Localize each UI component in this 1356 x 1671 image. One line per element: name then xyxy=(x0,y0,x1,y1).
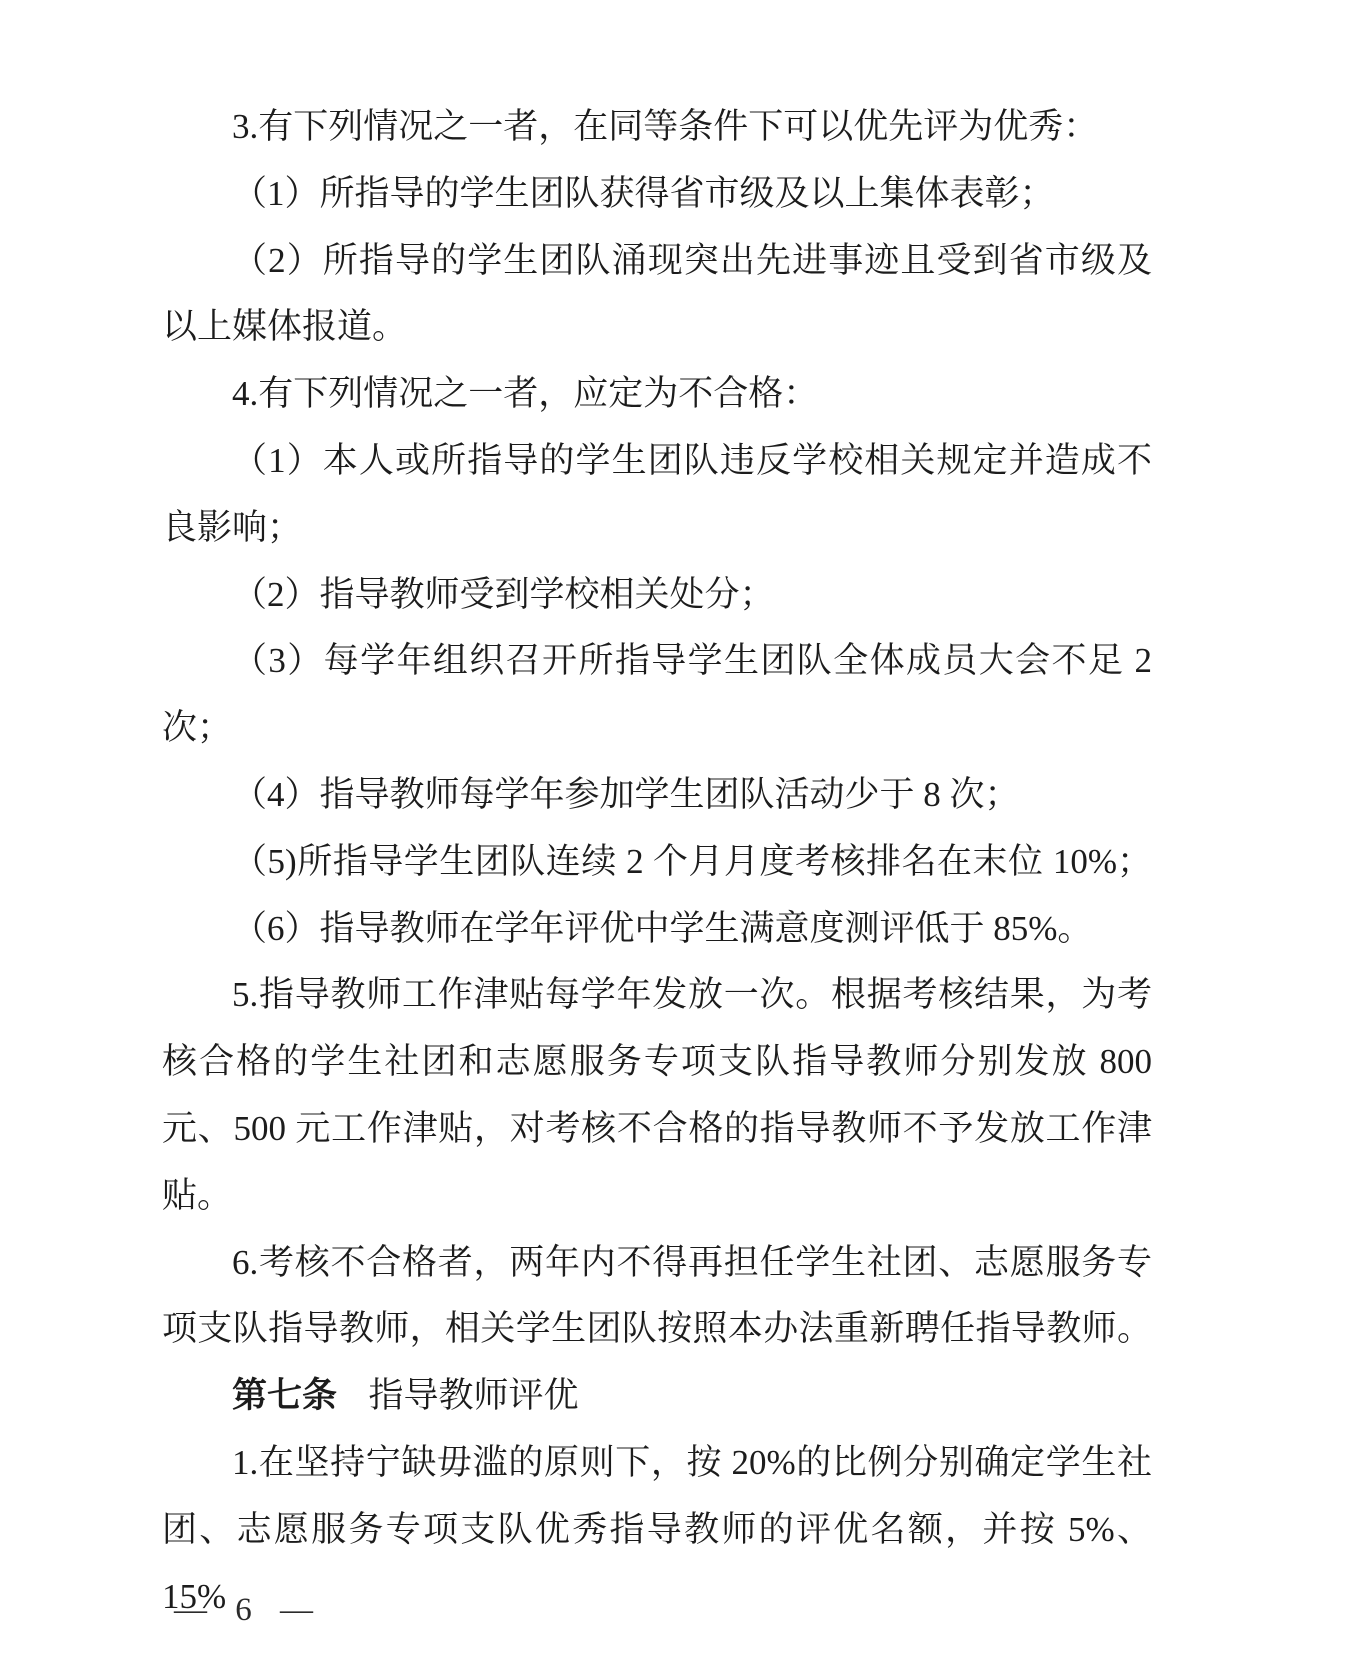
text-line: 核合格的学生社团和志愿服务专项支队指导教师分别发放 800 xyxy=(162,1029,1152,1096)
text-line: 元、500 元工作津贴，对考核不合格的指导教师不予发放工作津 xyxy=(162,1096,1152,1163)
scanned-document-page: { "document": { "page_number": "— 6 —", … xyxy=(0,0,1356,1671)
text-line: （2）所指导的学生团队涌现突出先进事迹且受到省市级及 xyxy=(162,228,1152,295)
clause-title: 指导教师评优 xyxy=(369,1376,579,1415)
text-line: （1）所指导的学生团队获得省市级及以上集体表彰； xyxy=(162,161,1152,228)
text-line: 1.在坚持宁缺毋滥的原则下，按 20%的比例分别确定学生社 xyxy=(162,1430,1152,1497)
text-line: （5)所指导学生团队连续 2 个月月度考核排名在末位 10%； xyxy=(162,829,1152,896)
text-line: （6）指导教师在学年评优中学生满意度测评低于 85%。 xyxy=(162,896,1152,963)
text-line: 第七条指导教师评优 xyxy=(162,1363,1152,1430)
text-line: 贴。 xyxy=(162,1163,1152,1230)
text-line: （3）每学年组织召开所指导学生团队全体成员大会不足 2 xyxy=(162,628,1152,695)
text-line: （1）本人或所指导的学生团队违反学校相关规定并造成不 xyxy=(162,428,1152,495)
text-line: （2）指导教师受到学校相关处分； xyxy=(162,562,1152,629)
text-line: （4）指导教师每学年参加学生团队活动少于 8 次； xyxy=(162,762,1152,829)
text-line: 5.指导教师工作津贴每学年发放一次。根据考核结果，为考 xyxy=(162,962,1152,1029)
text-line: 良影响； xyxy=(162,495,1152,562)
text-line: 3.有下列情况之一者，在同等条件下可以优先评为优秀： xyxy=(162,94,1152,161)
text-line: 项支队指导教师，相关学生团队按照本办法重新聘任指导教师。 xyxy=(162,1296,1152,1363)
page-number: — 6 — xyxy=(174,1592,318,1629)
text-line: 4.有下列情况之一者，应定为不合格： xyxy=(162,361,1152,428)
document-body: 3.有下列情况之一者，在同等条件下可以优先评为优秀：（1）所指导的学生团队获得省… xyxy=(162,94,1152,1630)
text-line: 以上媒体报道。 xyxy=(162,294,1152,361)
text-line: 6.考核不合格者，两年内不得再担任学生社团、志愿服务专 xyxy=(162,1230,1152,1297)
text-line: 次； xyxy=(162,695,1152,762)
clause-number: 第七条 xyxy=(232,1376,337,1415)
